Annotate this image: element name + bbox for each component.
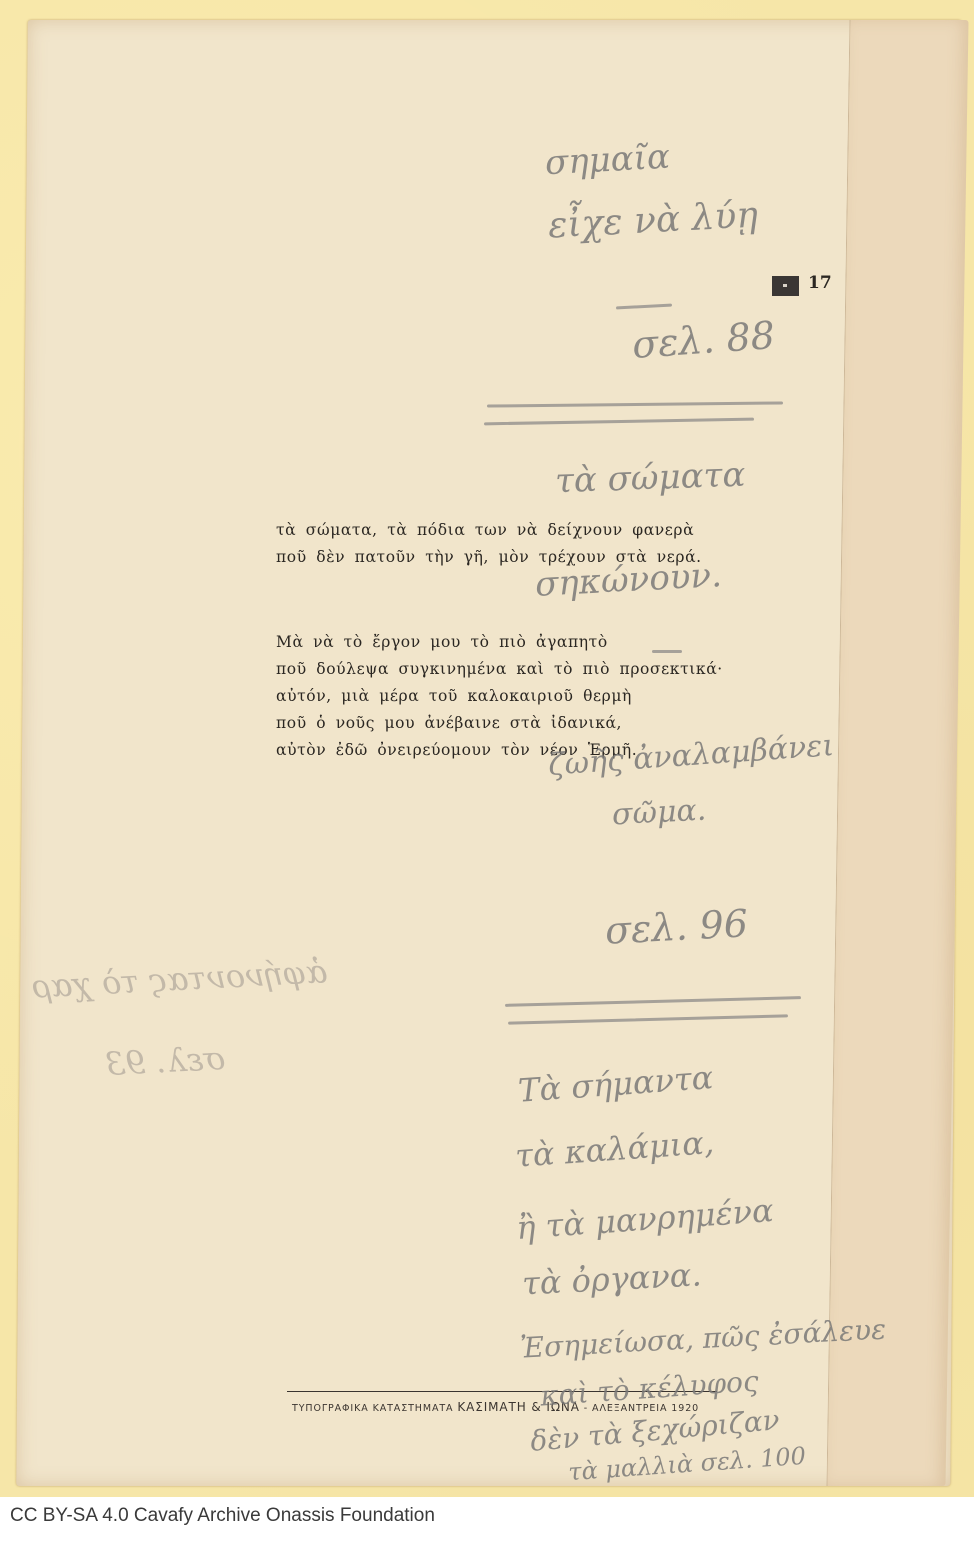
archive-credit: CC BY-SA 4.0 Cavafy Archive Onassis Foun… bbox=[10, 1505, 435, 1527]
pencil-dash bbox=[652, 650, 682, 653]
handwritten-ref-2: σελ. 96 bbox=[604, 901, 749, 952]
printed-line: ποῦ ὁ νοῦς μου ἀνέβαινε στὰ ἰδανικά, bbox=[276, 710, 723, 737]
printed-line: αὐτόν, μιὰ μέρα τοῦ καλοκαιριοῦ θερμὴ bbox=[276, 683, 723, 710]
page-marker-box bbox=[772, 276, 799, 296]
paper-overlay-strip bbox=[826, 20, 968, 1486]
handwritten-note-2-line-1: τὰ σώματα bbox=[554, 455, 746, 502]
handwritten-note-1-line-1: σημαῖα bbox=[544, 137, 671, 183]
printed-line: ποῦ δούλεψα συγκινημένα καὶ τὸ πιὸ προσε… bbox=[276, 656, 723, 683]
handwritten-note-3-line-2: σῶμα. bbox=[611, 793, 707, 833]
page-number: 17 bbox=[808, 273, 832, 293]
bleed-through-line-2: σελ. 93 bbox=[104, 1039, 226, 1083]
printed-line: τὰ σώματα, τὰ πόδια των νὰ δείχνουν φανε… bbox=[276, 517, 702, 544]
imprint-prefix: ΤΥΠΟΓΡΑΦΙΚΑ ΚΑΤΑΣΤΗΜΑΤΑ bbox=[292, 1403, 457, 1414]
